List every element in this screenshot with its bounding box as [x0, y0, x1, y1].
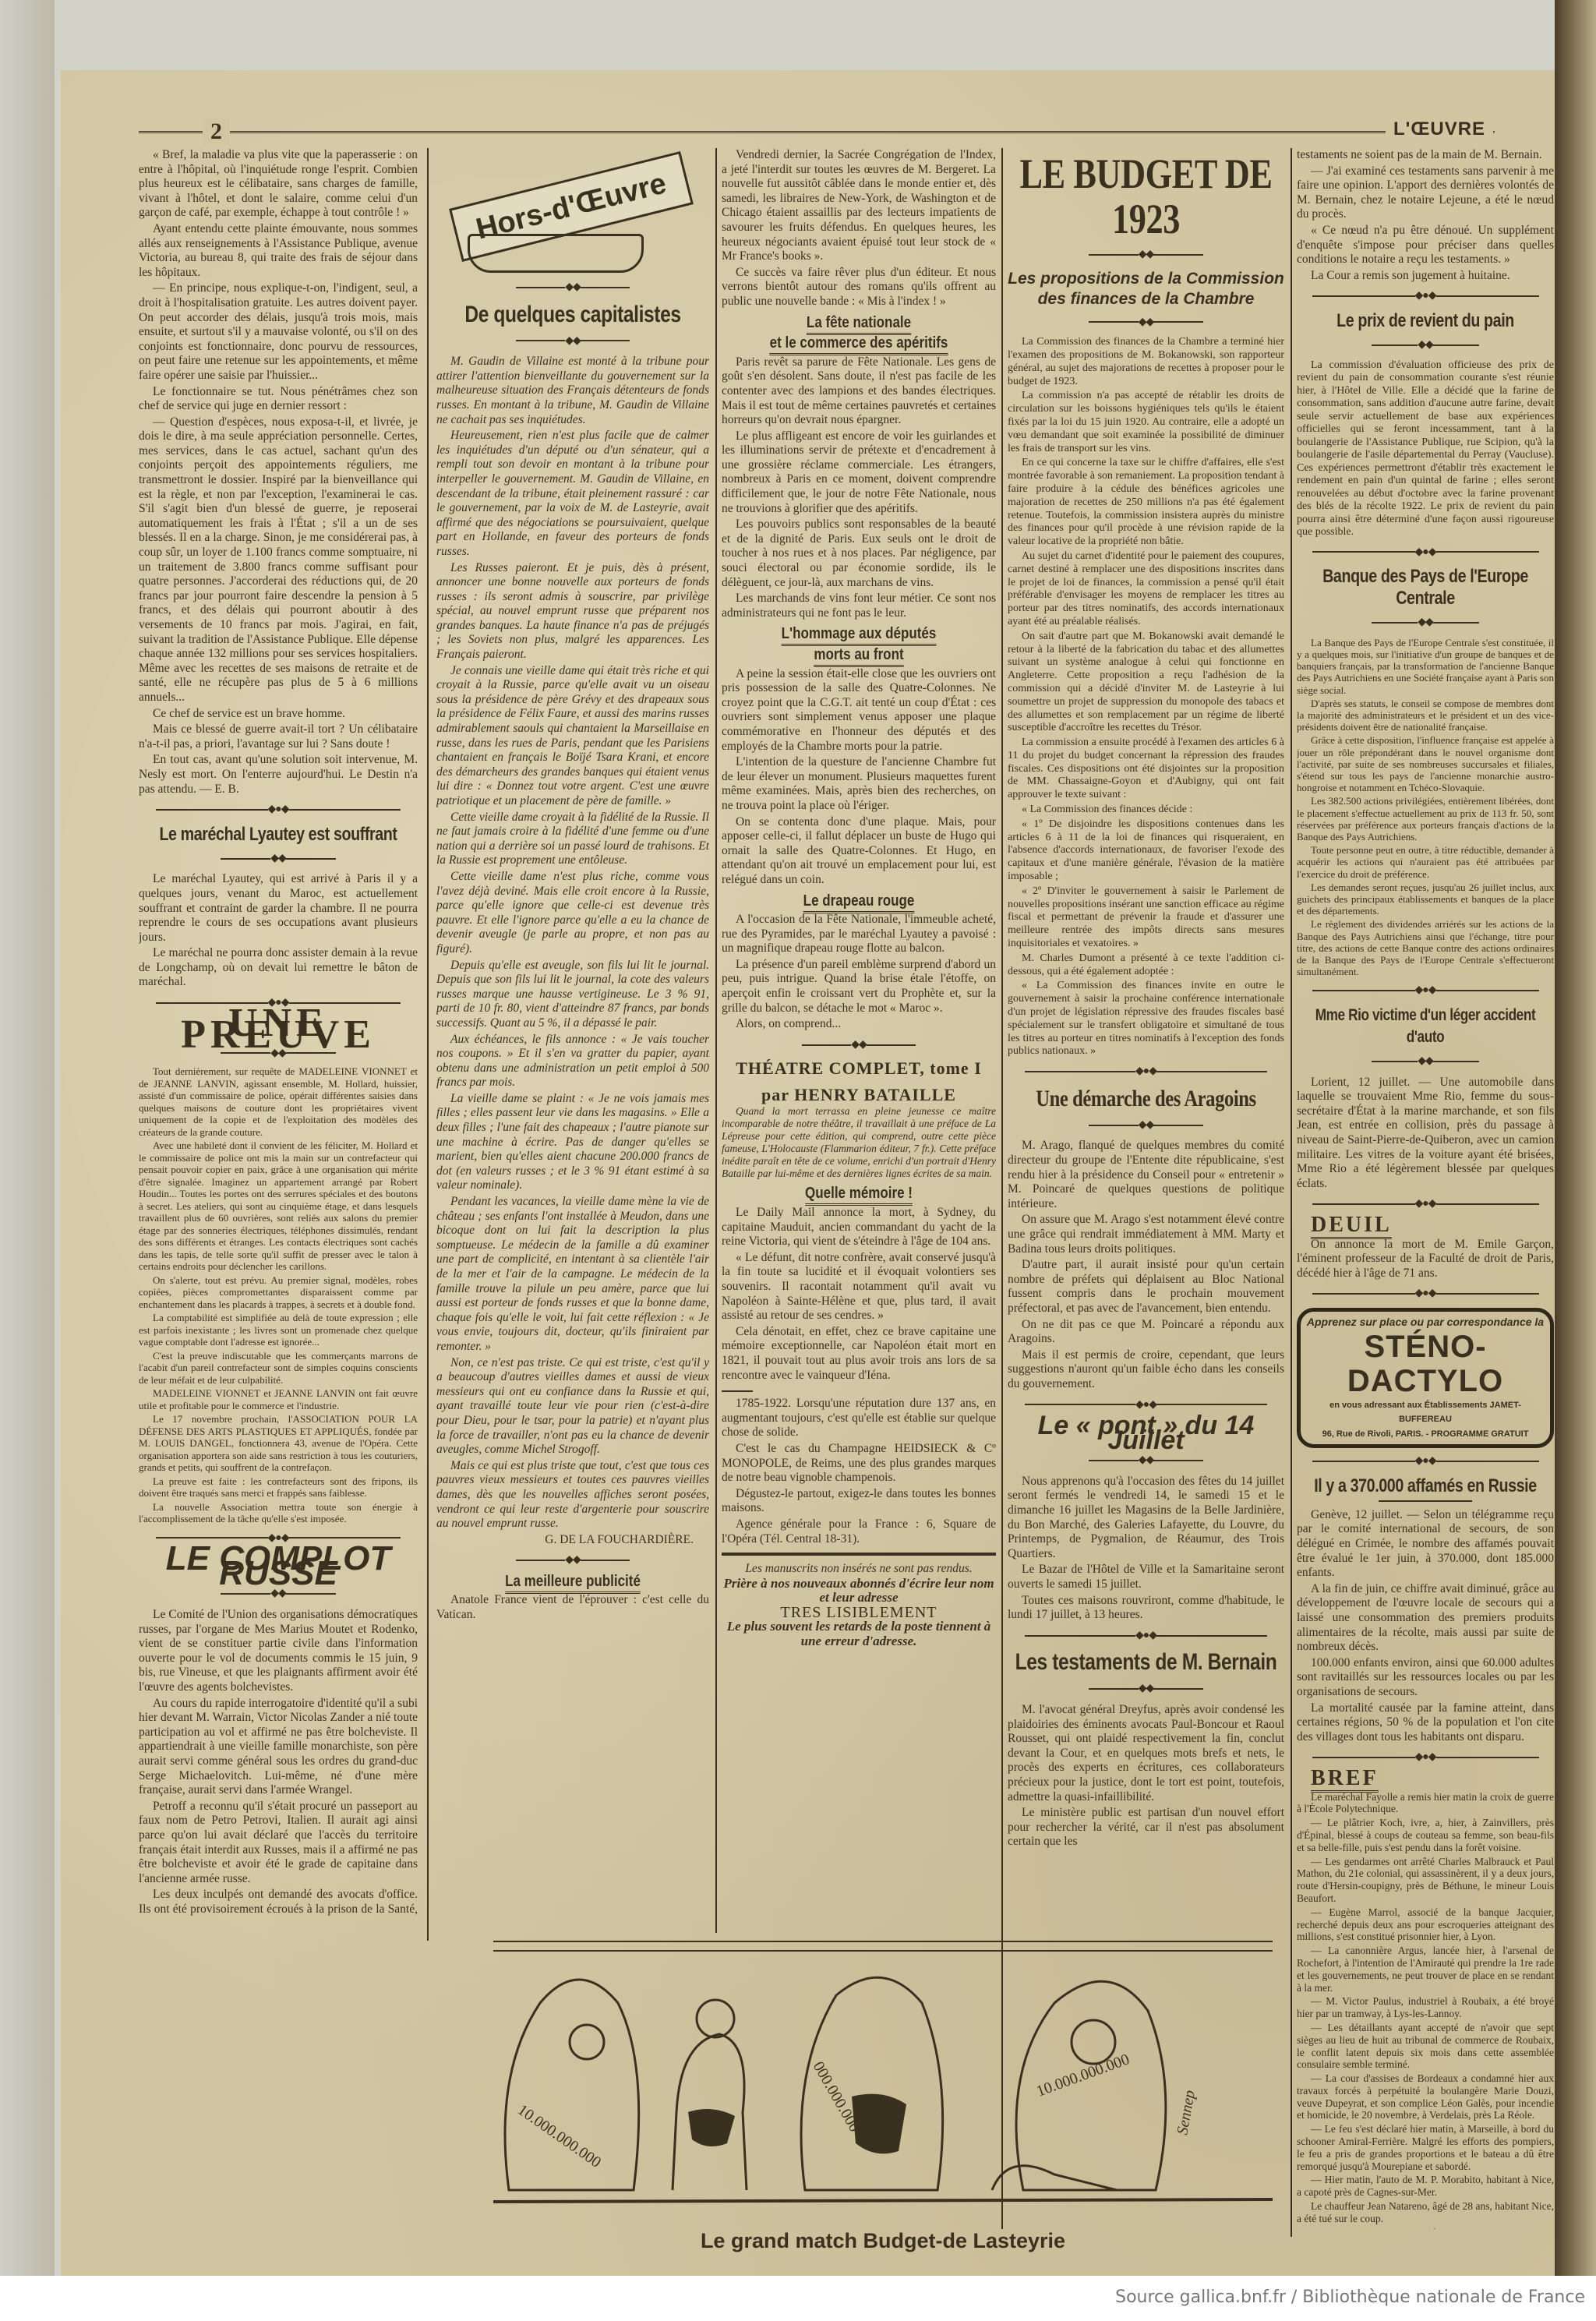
paragraph: On assure que M. Arago s'est notamment é…: [1008, 1213, 1284, 1256]
article-assistance-publique: « Bref, la maladie va plus vite que la p…: [139, 148, 418, 797]
paragraph: La vieille dame se plaint : « Je ne vois…: [436, 1092, 709, 1193]
paragraph: « 1º De disjoindre les dispositions cont…: [1008, 818, 1284, 884]
paragraph: M. Arago, flanqué de quelques membres du…: [1008, 1139, 1284, 1211]
list-item: — La cour d'assises de Bordeaux a condam…: [1297, 2072, 1554, 2121]
paragraph: Je connais une vieille dame qui était tr…: [436, 664, 709, 809]
paragraph: A peine la session était-elle close que …: [722, 667, 996, 754]
paragraph: Cette vieille dame croyait à la fidélité…: [436, 811, 709, 868]
ornament-divider: ◆◆: [139, 852, 418, 867]
paragraph: Toute personne peut en outre, à titre ré…: [1297, 844, 1554, 880]
heavy-rule: [722, 1553, 996, 1556]
article-banque: La Banque des Pays de l'Europe Centrale …: [1297, 637, 1554, 978]
paragraph: Le Comité de l'Union des organisations d…: [139, 1608, 418, 1695]
scan-left-margin: [0, 0, 55, 2276]
ornament-divider: ◆◆: [436, 1553, 709, 1568]
paragraph: On ne dit pas ce que M. Poincaré a répon…: [1008, 1318, 1284, 1347]
paragraph: La comptabilité est simplifiée au delà d…: [139, 1312, 418, 1348]
headline-text: L'hommage aux députés: [782, 625, 937, 646]
paragraph: Cela dénotait, en effet, chez ce brave c…: [722, 1325, 996, 1383]
paragraph: Les Russes paieront. Et je puis, dès à p…: [436, 561, 709, 662]
list-item: — Les gendarmes ont arrêté Charles Malbr…: [1297, 1856, 1554, 1905]
ornament-divider: ◆◆: [436, 334, 709, 349]
paragraph: « La Commission des finances invite en o…: [1008, 980, 1284, 1058]
paragraph: La preuve est faite : les contrefacteurs…: [139, 1475, 418, 1500]
headline-fete-nationale: La fête nationale: [742, 316, 975, 330]
ornament-divider: ◆●◆: [139, 803, 418, 818]
list-item: — Le plâtrier Koch, ivre, a, hier, à Zai…: [1297, 1817, 1554, 1853]
paragraph: Tout dernièrement, sur requête de MADELE…: [139, 1065, 418, 1138]
article-lyautey: Le maréchal Lyautey est souffrant ◆◆ Le …: [139, 824, 418, 990]
theatre-title: THÉATRE COMPLET, tome I: [722, 1058, 996, 1079]
list-item: — Le feu s'est déclaré hier matin, à Mar…: [1297, 2123, 1554, 2172]
paragraph: Les pouvoirs publics sont responsables d…: [722, 518, 996, 590]
paragraph: M. Gaudin de Villaine est monté à la tri…: [436, 355, 709, 427]
paragraph: « Ce nœud n'a pu être dénoué. Un supplém…: [1297, 224, 1554, 267]
ornament-divider: ◆◆: [1008, 1682, 1284, 1697]
masthead: L'ŒUVRE: [1386, 118, 1493, 140]
paragraph: Ce chef de service est un brave homme.: [139, 707, 418, 722]
headline-rio: Mme Rio victime d'un léger accident d'au…: [1301, 1005, 1550, 1048]
paragraph: Ce succès va faire rêver plus d'un édite…: [722, 266, 996, 309]
headline-une-preuve: UNE PREUVE: [139, 1017, 418, 1041]
paragraph: Alors, on comprend...: [722, 1017, 996, 1032]
headline-drapeau-rouge: Le drapeau rouge: [742, 894, 975, 909]
paragraph: MADELEINE VIONNET et JEANNE LANVIN ont f…: [139, 1387, 418, 1411]
ornament-divider: ◆◆: [1008, 1454, 1284, 1468]
paragraph: Le plus affligeant est encore de voir le…: [722, 429, 996, 517]
paragraph: 100.000 enfants environ, ainsi que 60.00…: [1297, 1656, 1554, 1700]
headline-text: Quelle mémoire !: [805, 1185, 913, 1206]
column-3: Vendredi dernier, la Sacrée Congrégation…: [722, 148, 996, 1871]
paragraph: Mais ce blessé de guerre avait-il tort ?…: [139, 722, 418, 751]
ornament-divider: ◆●◆: [1297, 1287, 1554, 1302]
source-credit: Source gallica.bnf.fr / Bibliothèque nat…: [1115, 2287, 1585, 2307]
headline-text: Le drapeau rouge: [803, 892, 915, 913]
ornament-divider: ◆●◆: [1297, 1197, 1554, 1212]
paragraph: En tout cas, avant qu'une solution soit …: [139, 753, 418, 797]
paragraph: Dégustez-le partout, exigez-le dans tout…: [722, 1487, 996, 1516]
bref-list: Le maréchal Fayolle a remis hier matin l…: [1297, 1791, 1554, 2229]
headline-hommage-2: morts au front: [742, 648, 975, 662]
budget-figure-1: [505, 1980, 639, 2190]
headline-quelle-memoire: Quelle mémoire !: [742, 1186, 975, 1201]
list-item: — Hier matin, l'auto de M. P. Morabito, …: [1297, 2174, 1554, 2199]
paragraph: 1785-1922. Lorsqu'une réputation dure 13…: [722, 1397, 996, 1440]
article-capitalistes: M. Gaudin de Villaine est monté à la tri…: [436, 355, 709, 1531]
paragraph: La Commission des finances de la Chambre…: [1008, 336, 1284, 388]
paragraph: Vendredi dernier, la Sacrée Congrégation…: [722, 148, 996, 264]
cartoon-illustration: 10.000.000.000 000.000.000 10.000.000.00…: [493, 1956, 1273, 2213]
paragraph: En ce qui concerne la taxe sur le chiffr…: [1008, 457, 1284, 549]
paragraph: D'après ses statuts, le conseil se compo…: [1297, 698, 1554, 733]
paragraph: Le règlement des dividendes arriérés sur…: [1297, 918, 1554, 977]
paragraph: C'est la preuve indiscutable que les com…: [139, 1350, 418, 1387]
ad-brand: STÉNO-DACTYLO: [1305, 1330, 1545, 1398]
paragraph: Au sujet du carnet d'identité pour le pa…: [1008, 550, 1284, 629]
paragraph: — J'ai examiné ces testaments sans parve…: [1297, 164, 1554, 222]
notice-legibly: TRES LISIBLEMENT: [722, 1606, 996, 1620]
ornament-divider: ◆◆: [436, 281, 709, 295]
headline-meilleure-publicite: La meilleure publicité: [457, 1574, 689, 1589]
paragraph: M. l'avocat général Dreyfus, après avoir…: [1008, 1703, 1284, 1804]
byline: G. DE LA FOUCHARDIÈRE.: [436, 1533, 694, 1548]
paragraph: On sait d'autre part que M. Bokanowski a…: [1008, 631, 1284, 735]
pot-illustration-icon: [468, 234, 644, 273]
theatre-blurb: Quand la mort terrassa en pleine jeuness…: [722, 1105, 996, 1180]
list-item: — Eugène Marrol, associé de la banque Ja…: [1297, 1906, 1554, 1943]
paragraph: Les 382.500 actions privilégiées, entièr…: [1297, 795, 1554, 843]
headline-russie: Il y a 370.000 affamés en Russie: [1301, 1475, 1550, 1497]
ornament-divider: ◆●◆: [1008, 1065, 1284, 1079]
paragraph: La commission n'a pas accepté de rétabli…: [1008, 390, 1284, 455]
headline-budget: LE BUDGET DE 1923: [1013, 151, 1278, 242]
paragraph: L'intention de la questure de l'ancienne…: [722, 755, 996, 813]
paragraph: M. Charles Dumont a présenté à ce texte …: [1008, 952, 1284, 979]
headline-text: La meilleure publicité: [505, 1573, 641, 1594]
paragraph: On se contenta donc d'une plaque. Mais, …: [722, 815, 996, 888]
list-item: — La canonnière Argus, lancée hier, à l'…: [1297, 1945, 1554, 1994]
headline-pont: Le « pont » du 14 Juillet: [1008, 1418, 1284, 1447]
list-item: — M. Victor Paulus, industriel à Roubaix…: [1297, 1995, 1554, 2020]
column-rule: [1001, 148, 1003, 2229]
headline-prix-pain: Le prix de revient du pain: [1301, 310, 1550, 332]
ornament-divider: ◆●◆: [1297, 546, 1554, 560]
fallen-boxer: [992, 2166, 1117, 2190]
short-rule: [722, 1390, 753, 1392]
paragraph: Grâce à cette disposition, l'influence f…: [1297, 734, 1554, 793]
paragraph: A l'occasion de la Fête Nationale, l'imm…: [722, 913, 996, 956]
paragraph: Pendant les vacances, la vieille dame mè…: [436, 1195, 709, 1355]
paragraph: Lorient, 12 juillet. — Une automobile da…: [1297, 1076, 1554, 1192]
paragraph: « La Commission des finances décide :: [1008, 804, 1284, 817]
paragraph: Le fonctionnaire se tut. Nous pénétrâmes…: [139, 385, 418, 414]
paragraph: La Banque des Pays de l'Europe Centrale …: [1297, 637, 1554, 696]
article-budget: La Commission des finances de la Chambre…: [1008, 336, 1284, 1058]
cartoon-border: [493, 1941, 1273, 1952]
ornament-divider: ◆●◆: [1297, 289, 1554, 304]
headline-text: morts au front: [814, 646, 903, 667]
paragraph: Aux échéances, le fils annonce : « Je va…: [436, 1033, 709, 1090]
headline-complot-russe: LE COMPLOT RUSSE: [139, 1552, 418, 1581]
headline-aragoins: Une démarche des Aragoins: [1013, 1086, 1278, 1112]
ad-line: en vous adressant aux Établissements JAM…: [1305, 1398, 1545, 1427]
header-rule: [139, 131, 1495, 136]
paragraph: Le ministère public est partisan d'un no…: [1008, 1806, 1284, 1849]
headline-deuil: DEUIL: [1311, 1218, 1554, 1233]
headline-banque: Banque des Pays de l'Europe Centrale: [1301, 566, 1550, 609]
paragraph: Les marchands de vins font leur métier. …: [722, 592, 996, 620]
article-pain: La commission d'évaluation officieuse de…: [1297, 359, 1554, 539]
paragraph: « 2º D'inviter le gouvernement à saisir …: [1008, 885, 1284, 951]
paragraph: — En principe, nous explique-t-on, l'ind…: [139, 281, 418, 383]
paragraph: D'autre part, il aurait insisté pour qu'…: [1008, 1258, 1284, 1316]
paragraph: « Bref, la maladie va plus vite que la p…: [139, 148, 418, 221]
paragraph: « Le défunt, dit notre confrère, avait c…: [722, 1251, 996, 1323]
article-complot-russe: LE COMPLOT RUSSE ◆◆ Le Comité de l'Union…: [139, 1552, 418, 1917]
paragraph: Les deux inculpés ont demandé des avocat…: [139, 1888, 418, 1917]
ground-line: [493, 2199, 1273, 2202]
paragraph: Ayant entendu cette plainte émouvante, n…: [139, 222, 418, 280]
ad-tagline: Apprenez sur place ou par correspondance…: [1305, 1315, 1545, 1330]
ornament-divider: ◆◆: [1008, 316, 1284, 330]
paragraph: Au cours du rapide interrogatoire d'iden…: [139, 1697, 418, 1798]
headline-text: DEUIL: [1311, 1213, 1392, 1239]
ornament-divider: ◆◆: [139, 1587, 418, 1602]
paragraph: Nous apprenons qu'à l'occasion des fêtes…: [1008, 1475, 1284, 1562]
column-rule: [715, 148, 717, 1933]
headline-bernain: Les testaments de M. Bernain: [1013, 1649, 1278, 1676]
paragraph: La présence d'un pareil emblème surprend…: [722, 958, 996, 1016]
steno-dactylo-ad: Apprenez sur place ou par correspondance…: [1297, 1308, 1554, 1448]
paragraph: C'est le cas du Champagne HEIDSIECK & Cº…: [722, 1442, 996, 1486]
paragraph: Non, ce n'est pas triste. Ce qui est tri…: [436, 1356, 709, 1457]
ornament-divider: ◆◆: [1008, 1118, 1284, 1133]
cartoonist-signature: Sennep: [1174, 2089, 1199, 2136]
paragraph: Agence générale pour la France : 6, Squa…: [722, 1517, 996, 1546]
paragraph: Le maréchal Lyautey, qui est arrivé à Pa…: [139, 872, 418, 945]
headline-bref: BREF: [1311, 1772, 1554, 1786]
paragraph: Heureusement, rien n'est plus facile que…: [436, 429, 709, 559]
paragraph: Les demandes seront reçues, jusqu'au 26 …: [1297, 881, 1554, 917]
scan-spine-shadow: [1555, 0, 1596, 2276]
ornament-divider: ◆●◆: [1297, 984, 1554, 998]
newspaper-page: 2 L'ŒUVRE « Bref, la maladie va plus vit…: [61, 70, 1557, 2276]
ornament-divider: ◆◆: [1297, 338, 1554, 353]
hors-doeuvre-logo: Hors-d'Œuvre: [436, 148, 709, 273]
subhead-budget: Les propositions de la Commission des fi…: [1008, 269, 1284, 309]
paragraph: Le Bazar de l'Hôtel de Ville et la Samar…: [1008, 1563, 1284, 1591]
paragraph: Quand la mort terrassa en pleine jeuness…: [722, 1105, 996, 1180]
paragraph: Mais il est permis de croire, cependant,…: [1008, 1348, 1284, 1392]
notice-subscribers: Prière à nos nouveaux abonnés d'écrire l…: [722, 1577, 996, 1606]
column-5: testaments ne soient pas de la main de M…: [1297, 148, 1554, 2229]
paragraph: La Cour a remis son jugement à huitaine.: [1297, 269, 1554, 284]
cartoon-caption: Le grand match Budget-de Lasteyrie: [493, 2229, 1273, 2253]
page-number: 2: [203, 118, 230, 145]
list-item: Le chauffeur Jean Natareno, âgé de 28 an…: [1297, 2200, 1554, 2225]
headline-hommage: L'hommage aux députés: [742, 627, 975, 641]
paragraph: La mortalité causée par la famine attein…: [1297, 1701, 1554, 1745]
column-rule: [1291, 148, 1292, 2237]
paragraph: On s'alerte, tout est prévu. Au premier …: [139, 1274, 418, 1311]
headline-text: BREF: [1311, 1766, 1379, 1793]
paragraph: Petroff a reconnu qu'il s'était procuré …: [139, 1800, 418, 1887]
column-4: LE BUDGET DE 1923 ◆◆ Les propositions de…: [1008, 148, 1284, 1941]
paragraph: Depuis qu'elle est aveugle, son fils lui…: [436, 959, 709, 1031]
ornament-divider: ◆◆: [1297, 1055, 1554, 1069]
ornament-divider: ◆●◆: [1297, 1750, 1554, 1765]
headline-lyautey: Le maréchal Lyautey est souffrant: [145, 824, 412, 846]
paragraph: Le 17 novembre prochain, l'ASSOCIATION P…: [139, 1413, 418, 1474]
paragraph: On annonce la mort de M. Emile Garçon, l…: [1297, 1238, 1554, 1281]
cartoon-label: 10.000.000.000: [514, 2101, 604, 2171]
ornament-divider: ◆●◆: [1008, 1629, 1284, 1644]
ad-address: 96, Rue de Rivoli, PARIS. - PROGRAMME GR…: [1305, 1427, 1545, 1442]
article-une-preuve: UNE PREUVE ◆◆ Tout dernièrement, sur req…: [139, 1017, 418, 1525]
paragraph: Le Daily Mail annonce la mort, à Sydney,…: [722, 1206, 996, 1249]
list-item: Les autres voyageurs sont indemnes.: [1297, 2227, 1554, 2229]
paragraph: La commission d'évaluation officieuse de…: [1297, 359, 1554, 539]
paragraph: Avec une habileté dont il convient de le…: [139, 1139, 418, 1273]
headline-fete-nationale-2: et le commerce des apéritifs: [742, 336, 975, 351]
paragraph: La nouvelle Association mettra toute son…: [139, 1501, 418, 1525]
list-item: — Les détaillants ayant accepté de n'avo…: [1297, 2022, 1554, 2071]
theatre-author: par HENRY BATAILLE: [722, 1085, 996, 1105]
paragraph: Paris revêt sa parure de Fête Nationale.…: [722, 355, 996, 428]
column-2: Hors-d'Œuvre ◆◆ De quelques capitalistes…: [436, 148, 709, 1948]
cartoon-label: 10.000.000.000: [1034, 2051, 1132, 2100]
list-item: Le maréchal Fayolle a remis hier matin l…: [1297, 1791, 1554, 1816]
paragraph: — Question d'espèces, nous exposa-t-il, …: [139, 415, 418, 705]
short-rule: [1379, 1500, 1472, 1502]
column-1: « Bref, la maladie va plus vite que la p…: [139, 148, 418, 1917]
ornament-divider: ◆◆: [1297, 616, 1554, 631]
paragraph: Toutes ces maisons rouvriront, comme d'h…: [1008, 1594, 1284, 1623]
headline-text: La fête nationale: [807, 314, 911, 335]
paragraph: Mais ce qui est plus triste que tout, c'…: [436, 1459, 709, 1531]
notice-manuscripts: Les manuscrits non insérés ne sont pas r…: [722, 1562, 996, 1577]
ornament-divider: ◆◆: [722, 1038, 996, 1053]
headline-text: et le commerce des apéritifs: [770, 334, 948, 355]
ornament-divider: ◆◆: [1008, 248, 1284, 263]
paragraph: Anatole France vient de l'éprouver : c'e…: [436, 1593, 709, 1622]
paragraph: Cette vieille dame n'est plus riche, com…: [436, 870, 709, 957]
headline-capitalistes: De quelques capitalistes: [442, 302, 704, 328]
column-rule: [427, 148, 429, 1941]
paragraph: Le maréchal ne pourra donc assister dema…: [139, 946, 418, 990]
ornament-divider: ◆●◆: [1297, 1454, 1554, 1469]
paragraph: La commission a ensuite procédé à l'exam…: [1008, 737, 1284, 802]
notice-post: Le plus souvent les retards de la poste …: [722, 1620, 996, 1648]
paragraph: testaments ne soient pas de la main de M…: [1297, 148, 1554, 163]
paragraph: A la fin de juin, ce chiffre avait dimin…: [1297, 1582, 1554, 1655]
paragraph: Genève, 12 juillet. — Selon un télégramm…: [1297, 1508, 1554, 1581]
